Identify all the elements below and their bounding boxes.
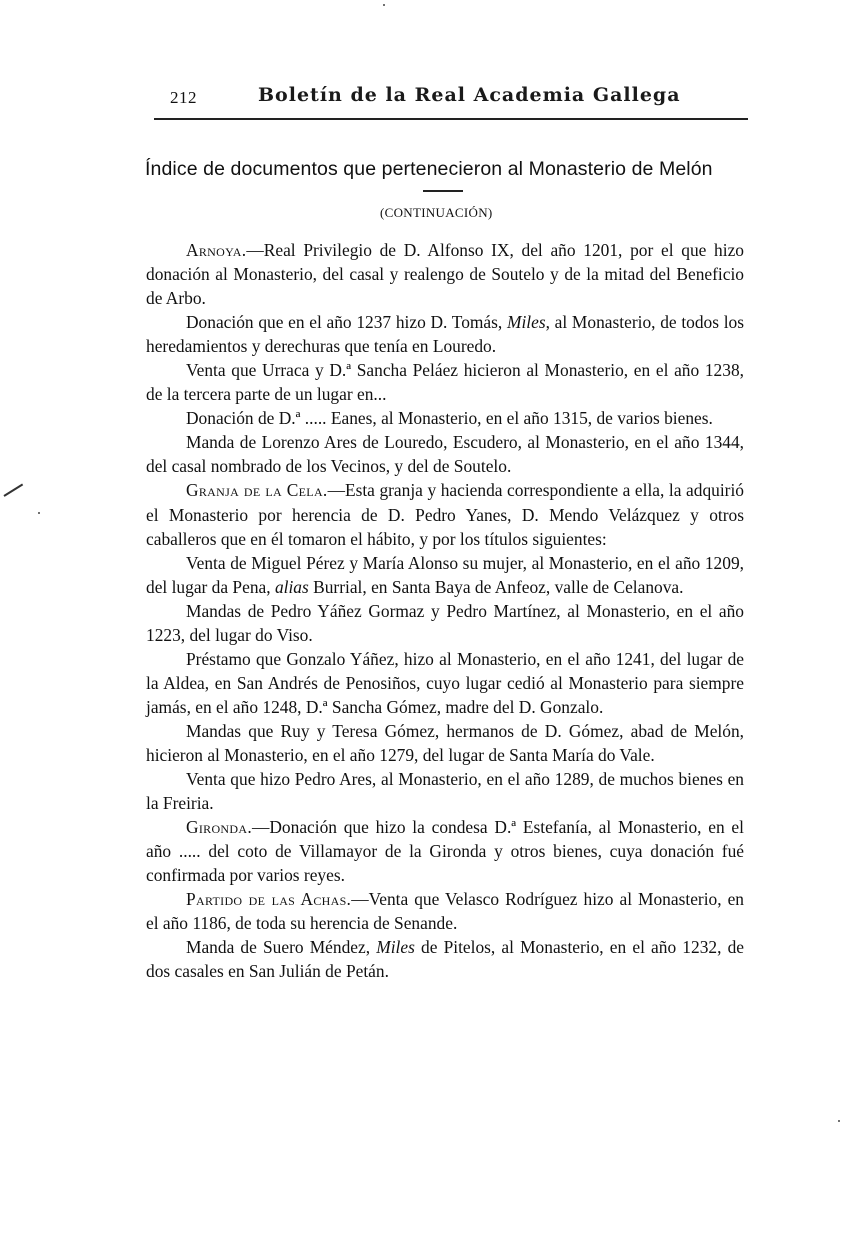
paragraph: Partido de las Achas.—Venta que Velasco …: [146, 887, 744, 935]
scan-speck: [38, 512, 40, 514]
paragraph: Donación de D.ª ..... Eanes, al Monaster…: [146, 406, 744, 430]
scan-speck: [838, 1120, 840, 1122]
paragraph: Granja de la Cela.—Esta granja y haciend…: [146, 478, 744, 550]
paragraph: Mandas que Ruy y Teresa Gómez, hermanos …: [146, 719, 744, 767]
paragraph-text: Donación de D.ª ..... Eanes, al Monaster…: [186, 408, 713, 428]
italic-term: Miles: [376, 937, 415, 957]
paragraph-text: Mandas de Pedro Yáñez Gormaz y Pedro Mar…: [146, 601, 744, 645]
paragraph: Venta que hizo Pedro Ares, al Monasterio…: [146, 767, 744, 815]
paragraph: Arnoya.—Real Privilegio de D. Alfonso IX…: [146, 238, 744, 310]
paragraph-text: Manda de Suero Méndez,: [186, 937, 376, 957]
place-heading: Granja de la Cela.: [186, 480, 328, 500]
title-divider: [423, 190, 463, 192]
paragraph: Venta que Urraca y D.ª Sancha Peláez hic…: [146, 358, 744, 406]
continuation-label: (CONTINUACIÓN): [380, 205, 493, 221]
paragraph: Venta de Miguel Pérez y María Alonso su …: [146, 551, 744, 599]
paragraph-text: Mandas que Ruy y Teresa Gómez, hermanos …: [146, 721, 744, 765]
place-heading: Partido de las Achas.: [186, 889, 351, 909]
paragraph: Donación que en el año 1237 hizo D. Tomá…: [146, 310, 744, 358]
section-title: Índice de documentos que pertenecieron a…: [145, 158, 775, 181]
paragraph: Gironda.—Donación que hizo la condesa D.…: [146, 815, 744, 887]
paragraph-text: Donación que en el año 1237 hizo D. Tomá…: [186, 312, 507, 332]
place-heading: Gironda.: [186, 817, 252, 837]
paragraph: Préstamo que Gonzalo Yáñez, hizo al Mona…: [146, 647, 744, 719]
place-heading: Arnoya.: [186, 240, 246, 260]
paragraph: Manda de Lorenzo Ares de Louredo, Escude…: [146, 430, 744, 478]
journal-title: Boletín de la Real Academia Gallega: [258, 84, 681, 106]
paragraph-text: Venta que hizo Pedro Ares, al Monasterio…: [146, 769, 744, 813]
body-text: Arnoya.—Real Privilegio de D. Alfonso IX…: [146, 238, 744, 983]
header-rule: [154, 118, 748, 120]
paragraph-text: Burrial, en Santa Baya de Anfeoz, valle …: [309, 577, 684, 597]
italic-term: alias: [275, 577, 309, 597]
document-page: 212 Boletín de la Real Academia Gallega …: [0, 0, 850, 1256]
paragraph: Manda de Suero Méndez, Miles de Pitelos,…: [146, 935, 744, 983]
paragraph-text: Venta que Urraca y D.ª Sancha Peláez hic…: [146, 360, 744, 404]
paragraph-text: Préstamo que Gonzalo Yáñez, hizo al Mona…: [146, 649, 744, 717]
page-number: 212: [170, 88, 197, 108]
paragraph-text: Manda de Lorenzo Ares de Louredo, Escude…: [146, 432, 744, 476]
running-head: 212 Boletín de la Real Academia Gallega: [170, 84, 780, 112]
scan-speck: [383, 4, 385, 6]
paragraph: Mandas de Pedro Yáñez Gormaz y Pedro Mar…: [146, 599, 744, 647]
italic-term: Miles: [507, 312, 546, 332]
margin-pen-mark: [3, 483, 23, 496]
